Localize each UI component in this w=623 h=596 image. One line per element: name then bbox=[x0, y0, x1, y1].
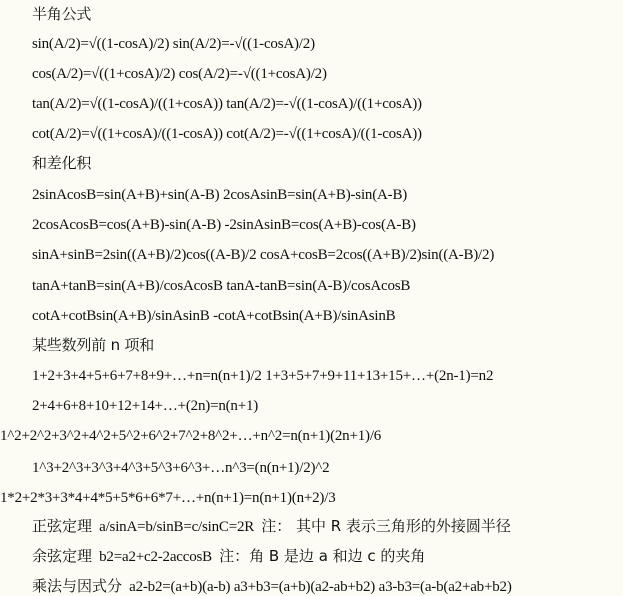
formula-line: 2cosAcosB=cos(A+B)-sin(A-B) -2sinAsinB=c… bbox=[32, 215, 416, 235]
formula-line: 1^2+2^2+3^2+4^2+5^2+6^2+7^2+8^2+…+n^2=n(… bbox=[0, 426, 381, 446]
formula-line: sin(A/2)=√((1-cosA)/2) sin(A/2)=-√((1-co… bbox=[32, 34, 315, 54]
formula-line: cot(A/2)=√((1+cosA)/((1-cosA)) cot(A/2)=… bbox=[32, 124, 422, 144]
law-of-cosines-label: 余弦定理 bbox=[32, 547, 92, 565]
law-of-sines-label: 正弦定理 bbox=[32, 517, 92, 535]
section-title-half-angle: 半角公式 bbox=[32, 4, 91, 24]
law-of-cosines-formula: b2=a2+c2-2accosB bbox=[99, 549, 212, 565]
formula-line: 2sinAcosB=sin(A+B)+sin(A-B) 2cosAsinB=si… bbox=[32, 185, 407, 205]
law-of-sines-note: 注： 其中 R 表示三角形的外接圆半径 bbox=[261, 517, 511, 535]
factoring-line: 乘法与因式分 a2-b2=(a+b)(a-b) a3+b3=(a+b)(a2-a… bbox=[32, 576, 512, 596]
formula-line: cos(A/2)=√((1+cosA)/2) cos(A/2)=-√((1+co… bbox=[32, 64, 327, 84]
section-title-series-sums: 某些数列前 n 项和 bbox=[32, 335, 154, 355]
factoring-formula: a2-b2=(a+b)(a-b) a3+b3=(a+b)(a2-ab+b2) a… bbox=[129, 579, 512, 595]
formula-line: 1+2+3+4+5+6+7+8+9+…+n=n(n+1)/2 1+3+5+7+9… bbox=[32, 366, 493, 386]
formula-line: 1^3+2^3+3^3+4^3+5^3+6^3+…n^3=(n(n+1)/2)^… bbox=[32, 458, 329, 478]
law-of-sines-formula: a/sinA=b/sinB=c/sinC=2R bbox=[99, 519, 254, 535]
law-of-cosines-note: 注：角 B 是边 a 和边 c 的夹角 bbox=[219, 547, 425, 565]
law-of-cosines-line: 余弦定理 b2=a2+c2-2accosB 注：角 B 是边 a 和边 c 的夹… bbox=[32, 546, 425, 567]
formula-line: 2+4+6+8+10+12+14+…+(2n)=n(n+1) bbox=[32, 396, 258, 416]
section-title-sum-to-product: 和差化积 bbox=[32, 153, 91, 173]
formula-line: tanA+tanB=sin(A+B)/cosAcosB tanA-tanB=si… bbox=[32, 276, 410, 296]
formula-line: sinA+sinB=2sin((A+B)/2)cos((A-B)/2 cosA+… bbox=[32, 245, 494, 265]
factoring-label: 乘法与因式分 bbox=[32, 577, 122, 595]
law-of-sines-line: 正弦定理 a/sinA=b/sinB=c/sinC=2R 注： 其中 R 表示三… bbox=[32, 516, 511, 537]
formula-line: 1*2+2*3+3*4+4*5+5*6+6*7+…+n(n+1)=n(n+1)(… bbox=[0, 488, 336, 508]
formula-line: tan(A/2)=√((1-cosA)/((1+cosA)) tan(A/2)=… bbox=[32, 94, 422, 114]
formula-line: cotA+cotBsin(A+B)/sinAsinB -cotA+cotBsin… bbox=[32, 306, 395, 326]
